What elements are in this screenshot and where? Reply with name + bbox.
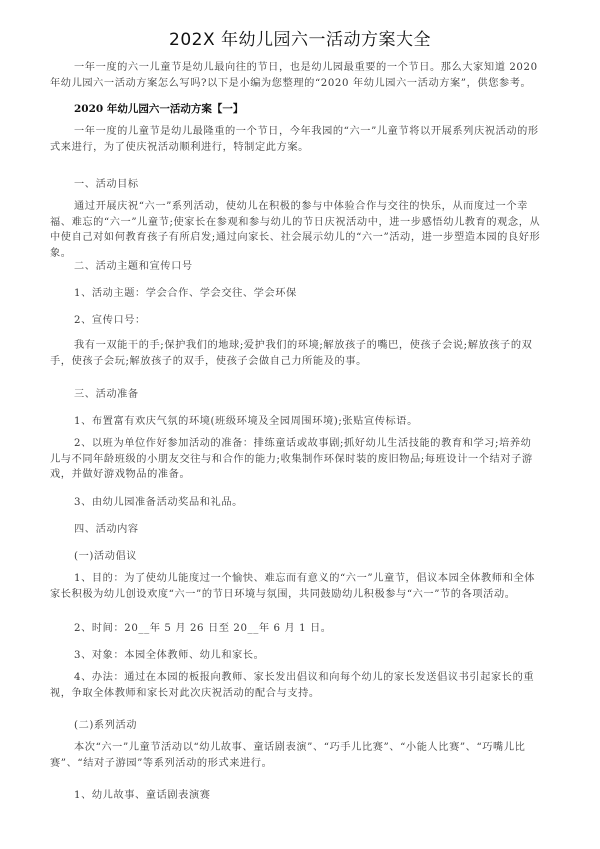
target-paragraph: 3、对象：本园全体教师、幼儿和家长。 — [74, 646, 264, 661]
section-title: 2020 年幼儿园六一活动方案【一】 — [74, 101, 243, 116]
goals-paragraph: 通过开展庆祝“六一”系列活动，使幼儿在积极的参与中体验合作与交往的快乐，从而度过… — [50, 199, 542, 261]
method-paragraph: 4、办法：通过在本园的板报向教师、家长发出倡议和向每个幼儿的家长发送倡议书引起家… — [50, 670, 542, 701]
theme-paragraph: 1、活动主题：学会合作、学会交往、学会环保 — [74, 284, 297, 299]
prep-item-1: 1、布置富有欢庆气氛的环境(班级环境及全园周围环境);张贴宣传标语。 — [74, 412, 418, 427]
heading-goals: 一、活动目标 — [74, 175, 139, 190]
document-title: 202X 年幼儿园六一活动方案大全 — [0, 25, 600, 50]
series-item-1: 1、幼儿故事、童话剧表演赛 — [74, 786, 211, 801]
slogan-label: 2、宣传口号： — [74, 311, 146, 326]
heading-content: 四、活动内容 — [74, 520, 139, 535]
subheading-series: (二)系列活动 — [74, 716, 137, 731]
intro-paragraph: 一年一度的六一儿童节是幼儿最向往的节日，也是幼儿园最重要的一个节日。那么大家知道… — [50, 60, 542, 91]
opening-paragraph: 一年一度的儿童节是幼儿最隆重的一个节日，今年我园的“六一”儿童节将以开展系列庆祝… — [50, 124, 542, 155]
heading-theme-slogan: 二、活动主题和宣传口号 — [74, 257, 193, 272]
prep-item-2: 2、以班为单位作好参加活动的准备：排练童话或故事剧;抓好幼儿生活技能的教育和学习… — [50, 436, 542, 483]
heading-preparation: 三、活动准备 — [74, 385, 139, 400]
series-paragraph: 本次“六一”儿童节活动以“幼儿故事、童话剧表演”、“巧手儿比赛”、“小能人比赛”… — [50, 740, 542, 771]
purpose-paragraph: 1、目的：为了使幼儿能度过一个愉快、难忘而有意义的“六一”儿童节，倡议本园全体教… — [50, 571, 542, 602]
time-paragraph: 2、时间：20__年 5 月 26 日至 20__年 6 月 1 日。 — [74, 619, 332, 634]
document-page: 202X 年幼儿园六一活动方案大全 一年一度的六一儿童节是幼儿最向往的节日，也是… — [0, 0, 600, 849]
prep-item-3: 3、由幼儿园准备活动奖品和礼品。 — [74, 493, 243, 508]
subheading-initiative: (一)活动倡议 — [74, 547, 137, 562]
slogan-paragraph: 我有一双能干的手;保护我们的地球;爱护我们的环境;解放孩子的嘴巴，使孩子会说;解… — [50, 338, 542, 369]
